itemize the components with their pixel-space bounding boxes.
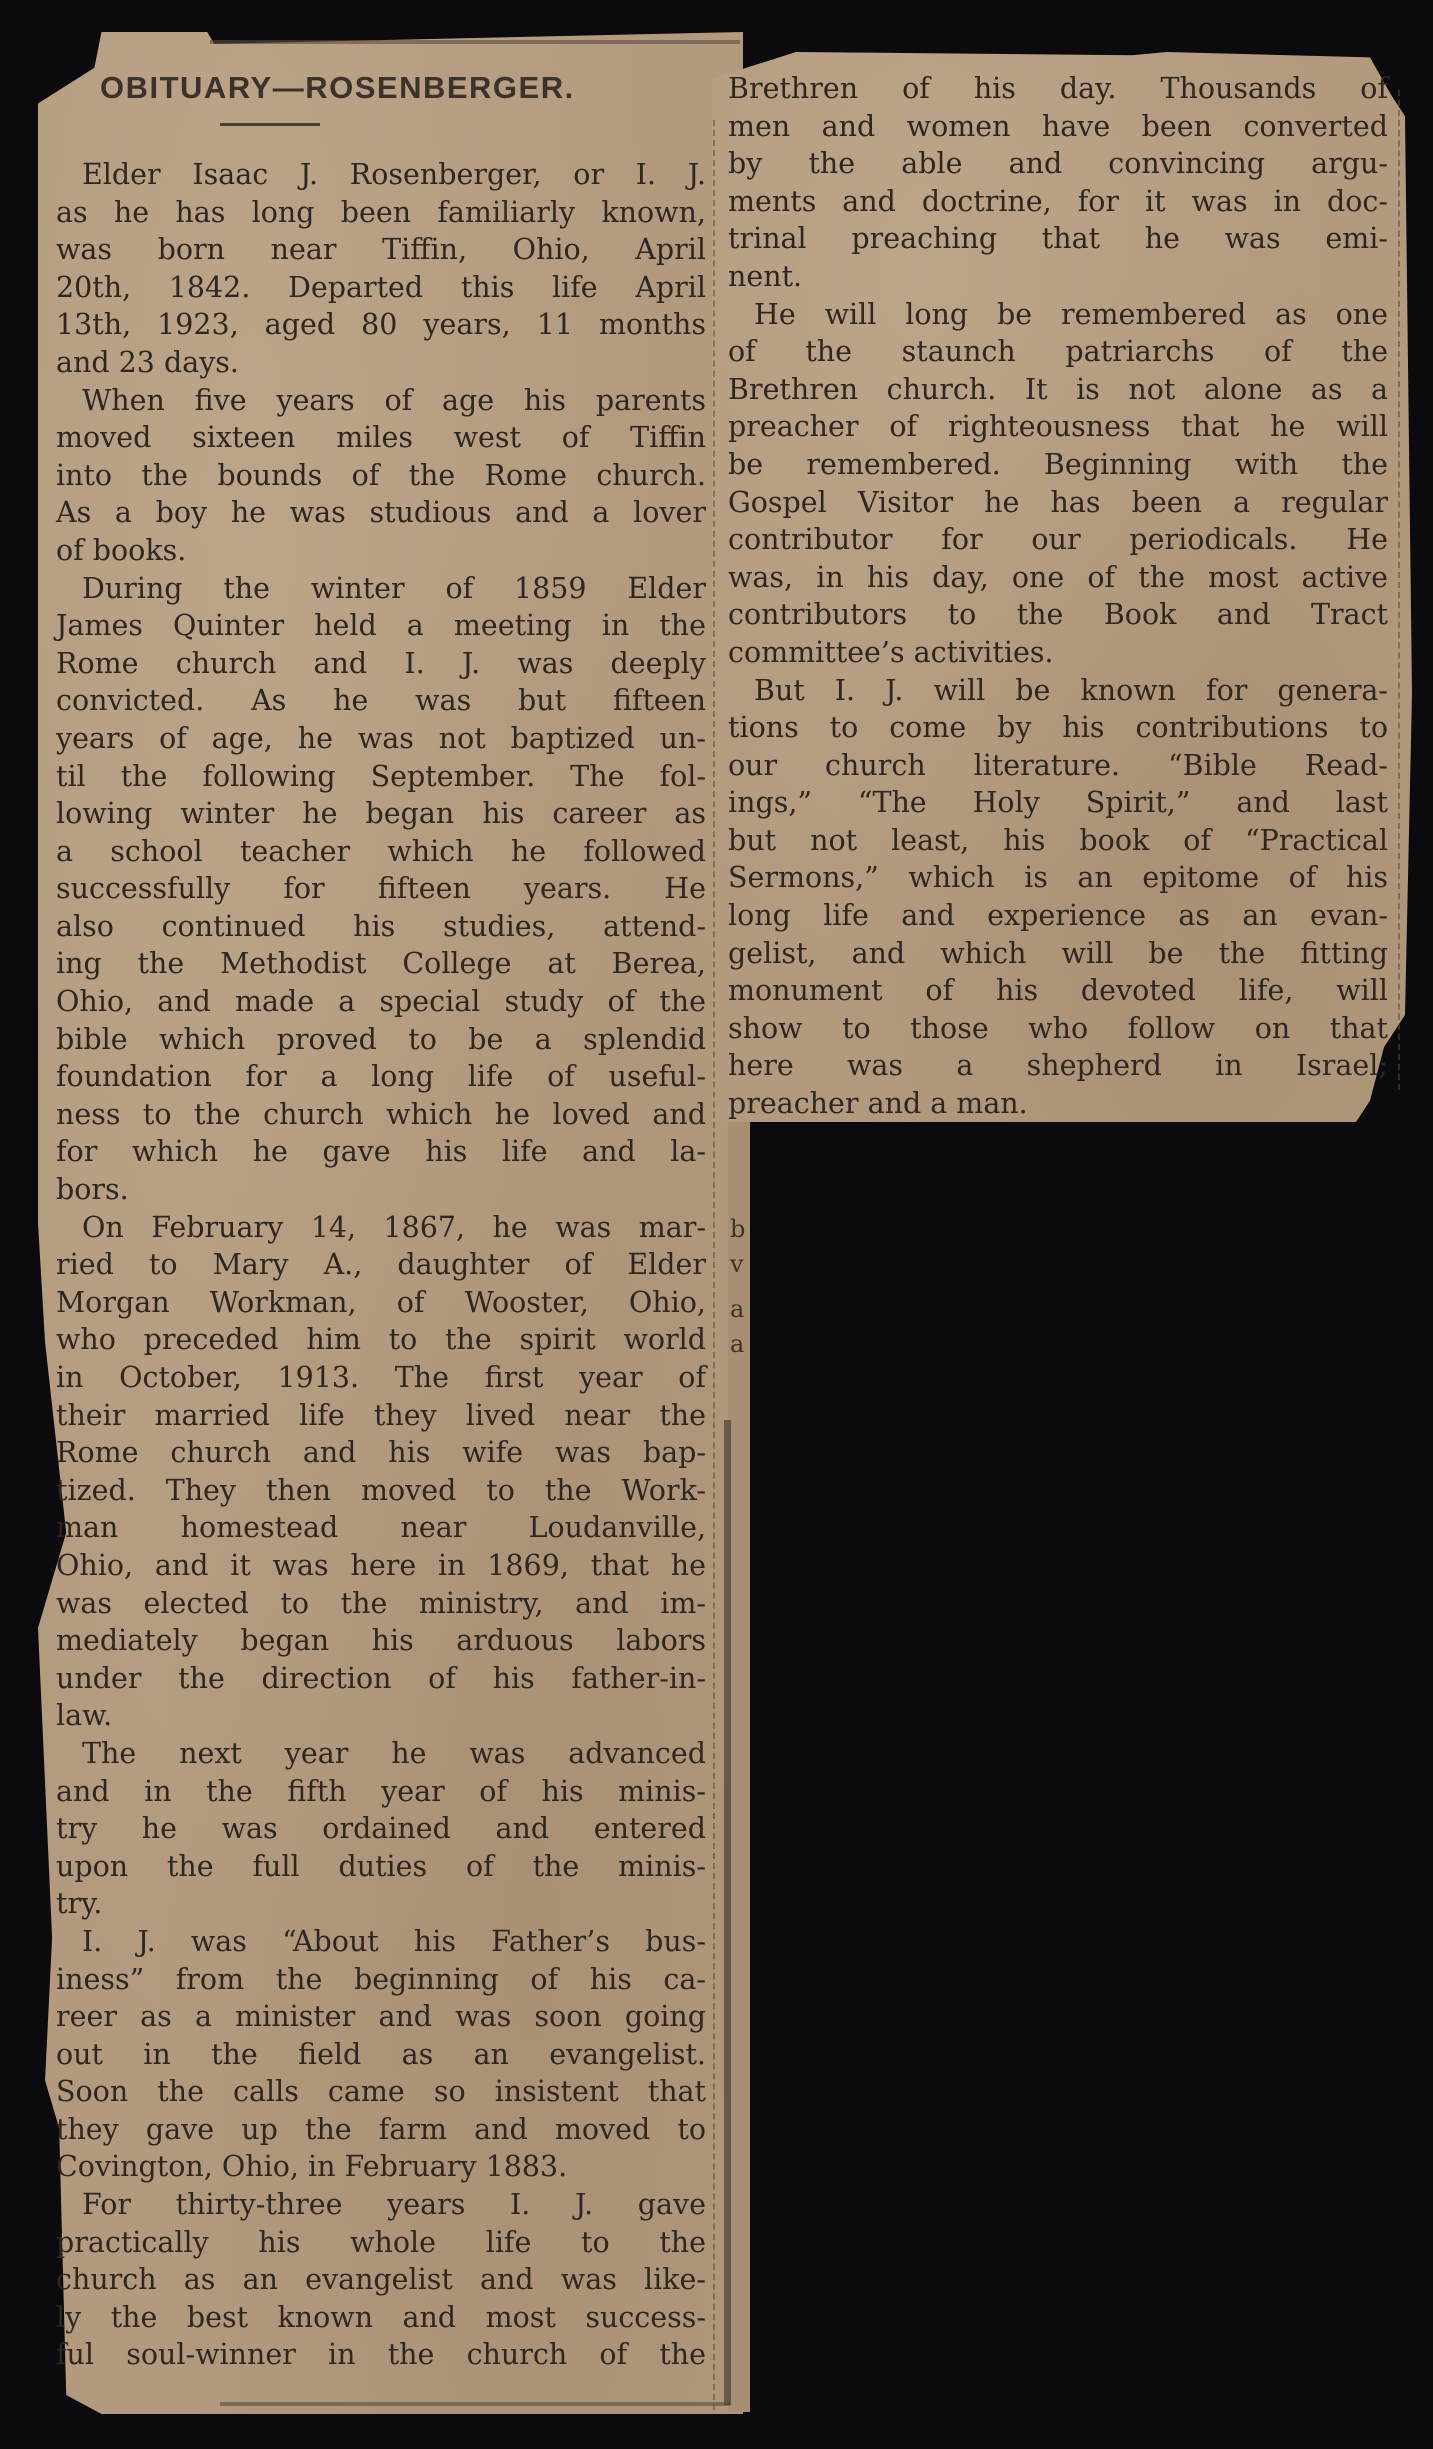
text-line: James Quinter held a meeting in the — [56, 607, 706, 645]
text-line: try. — [56, 1885, 706, 1923]
text-line: ful soul-winner in the church of the — [56, 2336, 706, 2374]
text-line: years of age, he was not baptized un- — [56, 720, 706, 758]
text-line: Rome church and I. J. was deeply — [56, 645, 706, 683]
text-line: upon the full duties of the minis- — [56, 1848, 706, 1886]
strip-fragment-letter: v — [730, 1250, 744, 1278]
text-line: also continued his studies, attend- — [56, 908, 706, 946]
text-line: tions to come by his contributions to — [728, 709, 1388, 747]
text-line: On February 14, 1867, he was mar- — [56, 1209, 706, 1247]
text-line: As a boy he was studious and a lover — [56, 494, 706, 532]
text-line: of the staunch patriarchs of the — [728, 333, 1388, 371]
text-line: til the following September. The fol- — [56, 758, 706, 796]
text-line: Morgan Workman, of Wooster, Ohio, — [56, 1284, 706, 1322]
text-line: mediately began his arduous labors — [56, 1622, 706, 1660]
text-line: contributor for our periodicals. He — [728, 521, 1388, 559]
strip-fragment-letter: b — [730, 1215, 745, 1243]
text-line: successfully for fifteen years. He — [56, 870, 706, 908]
text-line: Sermons,” which is an epitome of his — [728, 859, 1388, 897]
text-line: Covington, Ohio, in February 1883. — [56, 2148, 706, 2186]
text-line: convicted. As he was but fifteen — [56, 682, 706, 720]
text-line: was, in his day, one of the most active — [728, 559, 1388, 597]
text-line: monument of his devoted life, will — [728, 972, 1388, 1010]
text-line: moved sixteen miles west of Tiffin — [56, 419, 706, 457]
text-line: Brethren church. It is not alone as a — [728, 371, 1388, 409]
text-line: here was a shepherd in Israel; — [728, 1047, 1388, 1085]
text-line: out in the field as an evangelist. — [56, 2036, 706, 2074]
text-line: Elder Isaac J. Rosenberger, or I. J. — [56, 156, 706, 194]
top-border-rule — [210, 40, 740, 44]
text-line: Rome church and his wife was bap- — [56, 1434, 706, 1472]
text-line: He will long be remembered as one — [728, 296, 1388, 334]
text-line: ing the Methodist College at Berea, — [56, 945, 706, 983]
text-line: who preceded him to the spirit world — [56, 1321, 706, 1359]
text-line: Ohio, and made a special study of the — [56, 983, 706, 1021]
text-line: Brethren of his day. Thousands of — [728, 70, 1388, 108]
text-line: of books. — [56, 532, 706, 570]
column-rule-left — [713, 120, 715, 2410]
text-line: as he has long been familiarly known, — [56, 194, 706, 232]
text-line: But I. J. will be known for genera- — [728, 672, 1388, 710]
text-line: trinal preaching that he was emi- — [728, 220, 1388, 258]
text-line: show to those who follow on that — [728, 1010, 1388, 1048]
text-line: The next year he was advanced — [56, 1735, 706, 1773]
text-line: and in the fifth year of his minis- — [56, 1773, 706, 1811]
text-line: I. J. was “About his Father’s bus- — [56, 1923, 706, 1961]
text-line: was born near Tiffin, Ohio, April — [56, 231, 706, 269]
text-line: be remembered. Beginning with the — [728, 446, 1388, 484]
text-line: ness to the church which he loved and — [56, 1096, 706, 1134]
right-column-text: Brethren of his day. Thousands ofmen and… — [728, 70, 1388, 1123]
title-underline — [220, 123, 320, 126]
text-line: preacher of righteousness that he will — [728, 408, 1388, 446]
text-line: foundation for a long life of useful- — [56, 1058, 706, 1096]
text-line: our church literature. “Bible Read- — [728, 747, 1388, 785]
text-line: bors. — [56, 1171, 706, 1209]
text-line: nent. — [728, 258, 1388, 296]
text-line: Soon the calls came so insistent that — [56, 2073, 706, 2111]
bottom-border-rule — [220, 2402, 730, 2406]
article-title: OBITUARY—ROSENBERGER. — [100, 70, 660, 106]
text-line: a school teacher which he followed — [56, 833, 706, 871]
text-line: for which he gave his life and la- — [56, 1133, 706, 1171]
text-line: Ohio, and it was here in 1869, that he — [56, 1547, 706, 1585]
text-line: During the winter of 1859 Elder — [56, 570, 706, 608]
text-line: bible which proved to be a splendid — [56, 1021, 706, 1059]
text-line: law. — [56, 1697, 706, 1735]
text-line: preacher and a man. — [728, 1085, 1388, 1123]
text-line: long life and experience as an evan- — [728, 897, 1388, 935]
text-line: ments and doctrine, for it was in doc- — [728, 183, 1388, 221]
text-line: their married life they lived near the — [56, 1397, 706, 1435]
text-line: reer as a minister and was soon going — [56, 1998, 706, 2036]
text-line: into the bounds of the Rome church. — [56, 457, 706, 495]
text-line: in October, 1913. The first year of — [56, 1359, 706, 1397]
text-line: was elected to the ministry, and im- — [56, 1585, 706, 1623]
text-line: For thirty-three years I. J. gave — [56, 2186, 706, 2224]
text-line: When five years of age his parents — [56, 382, 706, 420]
text-line: try he was ordained and entered — [56, 1810, 706, 1848]
text-line: contributors to the Book and Tract — [728, 596, 1388, 634]
text-line: lowing winter he began his career as — [56, 795, 706, 833]
text-line: ings,” “The Holy Spirit,” and last — [728, 784, 1388, 822]
text-line: ly the best known and most success- — [56, 2299, 706, 2337]
text-line: gelist, and which will be the fitting — [728, 935, 1388, 973]
text-line: 20th, 1842. Departed this life April — [56, 269, 706, 307]
left-column-text: Elder Isaac J. Rosenberger, or I. J.as h… — [56, 156, 706, 2374]
text-line: man homestead near Loudanville, — [56, 1509, 706, 1547]
strip-fragment-letter: a — [730, 1330, 744, 1358]
strip-fragment-letter: a — [730, 1295, 744, 1323]
text-line: Gospel Visitor he has been a regular — [728, 484, 1388, 522]
text-line: they gave up the farm and moved to — [56, 2111, 706, 2149]
text-line: tized. They then moved to the Work- — [56, 1472, 706, 1510]
text-line: under the direction of his father-in- — [56, 1660, 706, 1698]
text-line: 13th, 1923, aged 80 years, 11 months — [56, 306, 706, 344]
column-rule-right — [1398, 90, 1400, 1090]
text-line: ried to Mary A., daughter of Elder — [56, 1246, 706, 1284]
strip-rule — [724, 1420, 731, 2405]
text-line: committee’s activities. — [728, 634, 1388, 672]
text-line: by the able and convincing argu- — [728, 145, 1388, 183]
text-line: practically his whole life to the — [56, 2224, 706, 2262]
text-line: iness” from the beginning of his ca- — [56, 1961, 706, 1999]
text-line: but not least, his book of “Practical — [728, 822, 1388, 860]
text-line: men and women have been converted — [728, 108, 1388, 146]
text-line: church as an evangelist and was like- — [56, 2261, 706, 2299]
text-line: and 23 days. — [56, 344, 706, 382]
